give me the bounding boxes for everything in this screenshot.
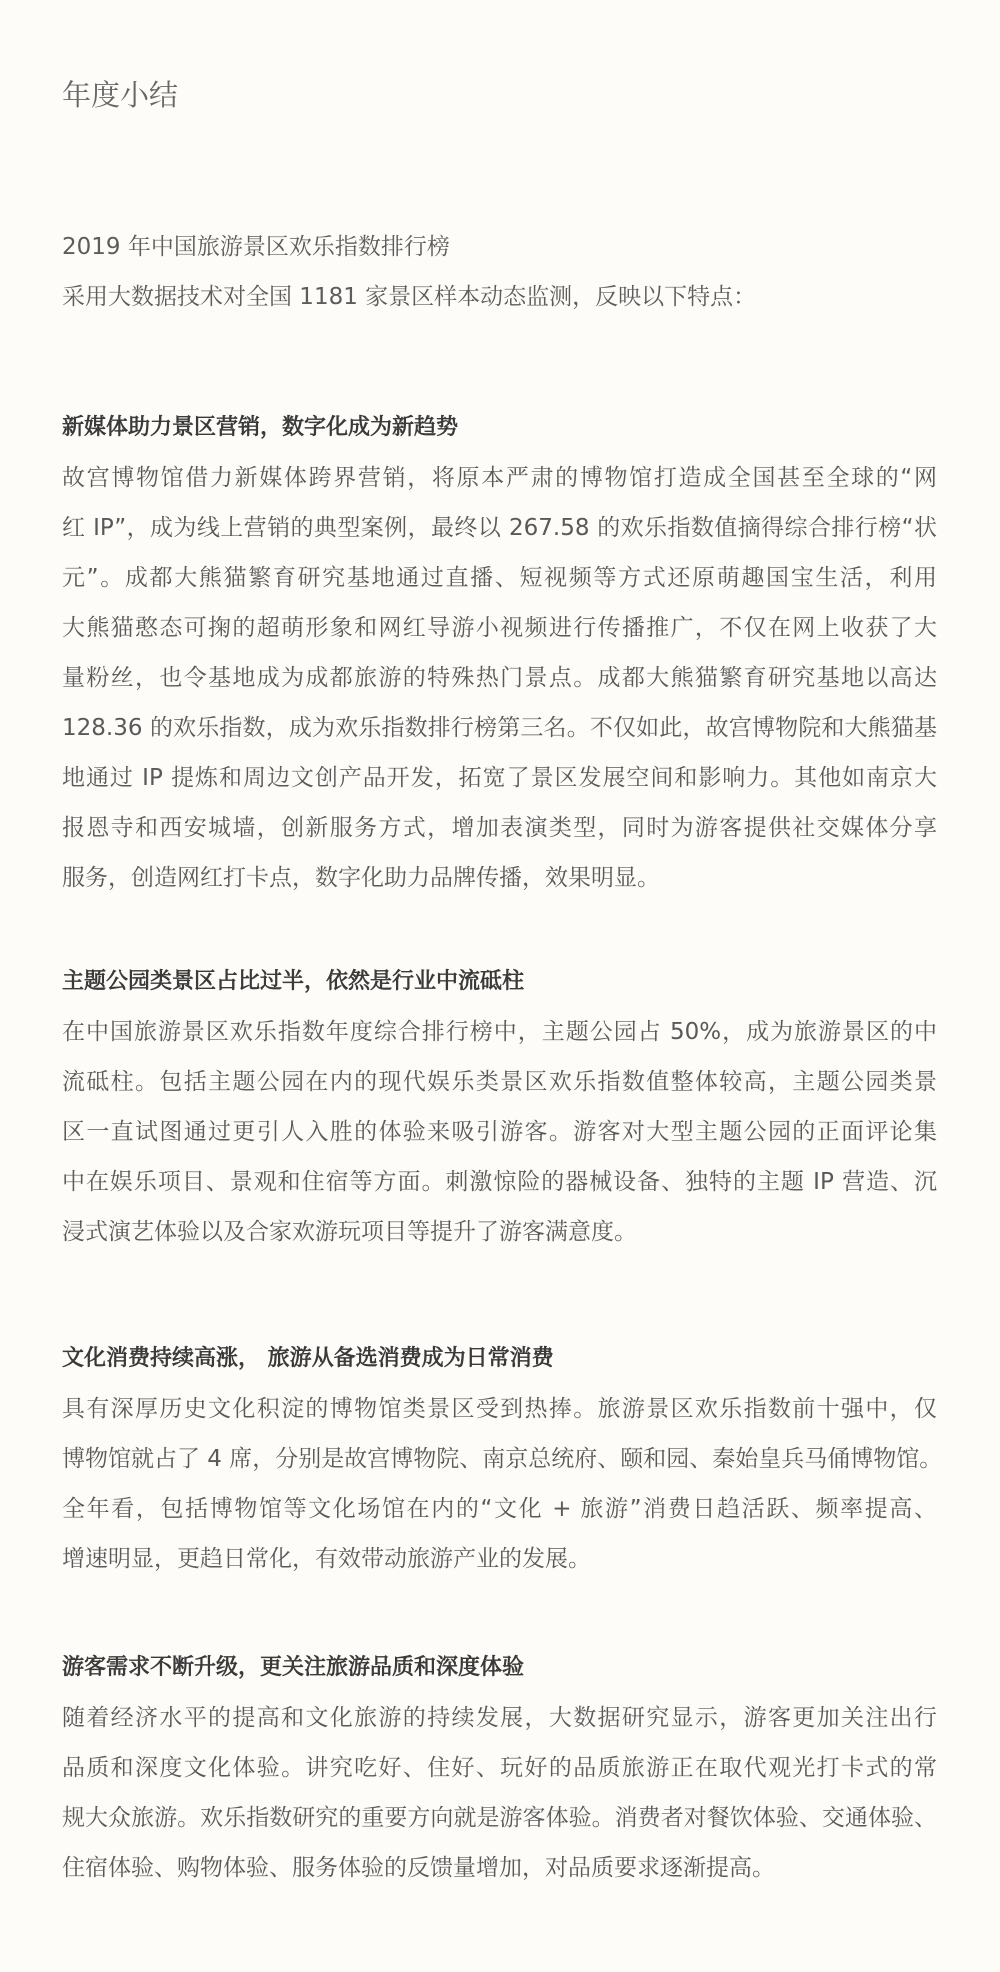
section-heading: 游客需求不断升级，更关注旅游品质和深度体验 (62, 1643, 937, 1693)
paragraph-line: 报恩寺和西安城墙，创新服务方式，增加表演类型，同时为游客提供社交媒体分享 (62, 803, 937, 853)
paragraph-line: 量粉丝，也令基地成为成都旅游的特殊热门景点。成都大熊猫繁育研究基地以高达 (62, 653, 937, 703)
section-new-media: 新媒体助力景区营销，数字化成为新趋势 故宫博物馆借力新媒体跨界营销，将原本严肃的… (62, 403, 937, 903)
paragraph-line: 地通过 IP 提炼和周边文创产品开发，拓宽了景区发展空间和影响力。其他如南京大 (62, 753, 937, 803)
paragraph-line: 在中国旅游景区欢乐指数年度综合排行榜中，主题公园占 50%，成为旅游景区的中 (62, 1007, 937, 1057)
paragraph-line: 中在娱乐项目、景观和住宿等方面。刺激惊险的器械设备、独特的主题 IP 营造、沉 (62, 1157, 937, 1207)
intro-block: 2019 年中国旅游景区欢乐指数排行榜 采用大数据技术对全国 1181 家景区样… (62, 222, 937, 322)
paragraph-line: 大熊猫憨态可掬的超萌形象和网红导游小视频进行传播推广，不仅在网上收获了大 (62, 603, 937, 653)
paragraph-line: 增速明显，更趋日常化，有效带动旅游产业的发展。 (62, 1534, 937, 1584)
section-heading: 文化消费持续高涨， 旅游从备选消费成为日常消费 (62, 1334, 937, 1384)
paragraph-line: 故宫博物馆借力新媒体跨界营销，将原本严肃的博物馆打造成全国甚至全球的“网 (62, 453, 937, 503)
paragraph-line: 规大众旅游。欢乐指数研究的重要方向就是游客体验。消费者对餐饮体验、交通体验、 (62, 1793, 937, 1843)
paragraph-line: 品质和深度文化体验。讲究吃好、住好、玩好的品质旅游正在取代观光打卡式的常 (62, 1743, 937, 1793)
paragraph-line: 浸式演艺体验以及合家欢游玩项目等提升了游客满意度。 (62, 1207, 937, 1257)
paragraph-line: 博物馆就占了 4 席，分别是故宫博物院、南京总统府、颐和园、秦始皇兵马俑博物馆。 (62, 1434, 937, 1484)
paragraph-line: 住宿体验、购物体验、服务体验的反馈量增加，对品质要求逐渐提高。 (62, 1843, 937, 1893)
paragraph-line: 随着经济水平的提高和文化旅游的持续发展，大数据研究显示，游客更加关注出行 (62, 1693, 937, 1743)
paragraph-line: 元”。成都大熊猫繁育研究基地通过直播、短视频等方式还原萌趣国宝生活，利用 (62, 553, 937, 603)
page-title: 年度小结 (62, 76, 178, 114)
paragraph-line: 区一直试图通过更引人入胜的体验来吸引游客。游客对大型主题公园的正面评论集 (62, 1107, 937, 1157)
paragraph-line: 流砥柱。包括主题公园在内的现代娱乐类景区欢乐指数值整体较高，主题公园类景 (62, 1057, 937, 1107)
section-cultural-consumption: 文化消费持续高涨， 旅游从备选消费成为日常消费 具有深厚历史文化积淀的博物馆类景… (62, 1334, 937, 1584)
paragraph-line: 红 IP”，成为线上营销的典型案例，最终以 267.58 的欢乐指数值摘得综合排… (62, 503, 937, 553)
section-heading: 主题公园类景区占比过半，依然是行业中流砥柱 (62, 957, 937, 1007)
intro-description: 采用大数据技术对全国 1181 家景区样本动态监测，反映以下特点： (62, 272, 937, 322)
paragraph-line: 具有深厚历史文化积淀的博物馆类景区受到热捧。旅游景区欢乐指数前十强中，仅 (62, 1384, 937, 1434)
intro-subtitle: 2019 年中国旅游景区欢乐指数排行榜 (62, 222, 937, 272)
section-visitor-demand: 游客需求不断升级，更关注旅游品质和深度体验 随着经济水平的提高和文化旅游的持续发… (62, 1643, 937, 1893)
paragraph-line: 服务，创造网红打卡点，数字化助力品牌传播，效果明显。 (62, 853, 937, 903)
paragraph-line: 128.36 的欢乐指数，成为欢乐指数排行榜第三名。不仅如此，故宫博物院和大熊猫… (62, 703, 937, 753)
paragraph-line: 全年看，包括博物馆等文化场馆在内的“文化 + 旅游”消费日趋活跃、频率提高、 (62, 1484, 937, 1534)
section-heading: 新媒体助力景区营销，数字化成为新趋势 (62, 403, 937, 453)
section-theme-parks: 主题公园类景区占比过半，依然是行业中流砥柱 在中国旅游景区欢乐指数年度综合排行榜… (62, 957, 937, 1257)
